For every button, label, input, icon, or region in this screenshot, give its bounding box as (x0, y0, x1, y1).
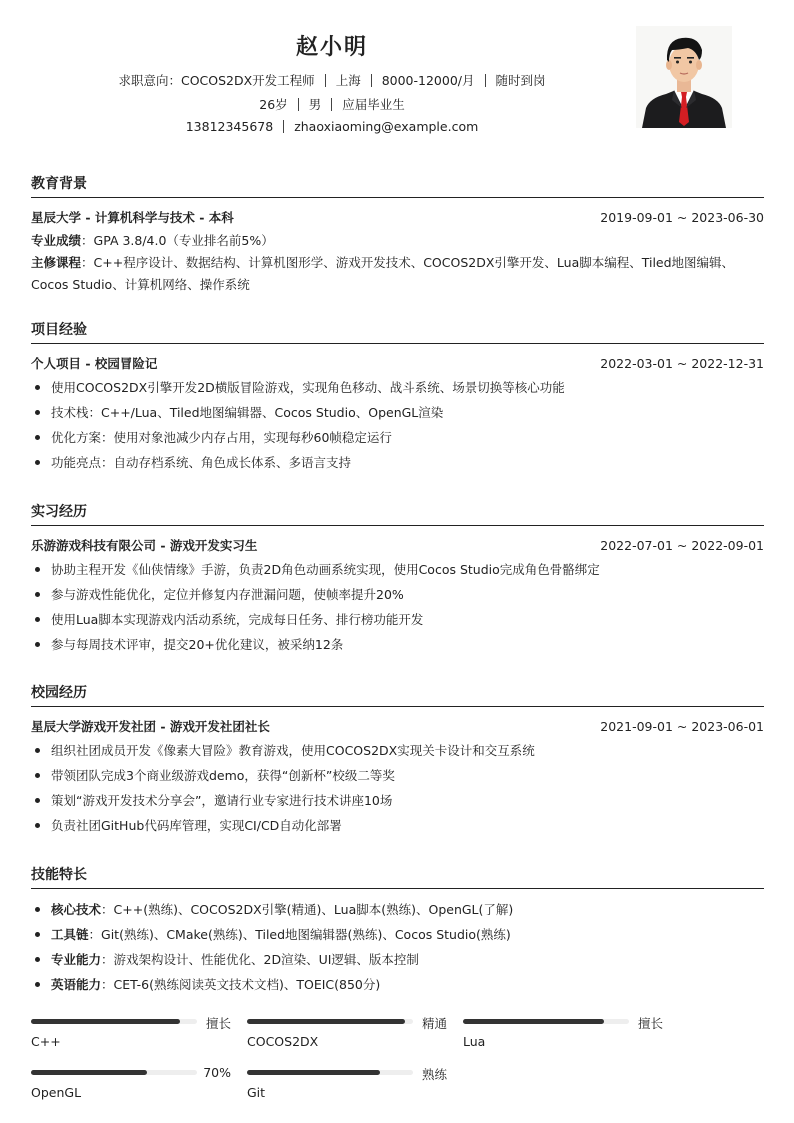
section-internship: 实习经历 乐游游戏科技有限公司 - 游戏开发实习生 2022-07-01 ~ 2… (31, 500, 764, 657)
job-intent: 求职意向：COCOS2DX开发工程师 (118, 73, 314, 88)
avatar-portrait-icon (636, 26, 732, 128)
list-item: 组织社团成员开发《像素大冒险》教育游戏，使用COCOS2DX实现关卡设计和交互系… (31, 738, 764, 763)
section-title: 校园经历 (31, 681, 764, 707)
skill-label: 专业能力 (51, 952, 101, 967)
bar-track (31, 1019, 197, 1024)
skill-label: 工具链 (51, 927, 89, 942)
separator (371, 74, 372, 87)
section-projects: 项目经验 个人项目 - 校园冒险记 2022-03-01 ~ 2022-12-3… (31, 318, 764, 475)
location: 上海 (336, 73, 361, 88)
resume-page: 赵小明 求职意向：COCOS2DX开发工程师上海8000-12000/月随时到岗… (0, 0, 794, 1123)
bullet-list: 核心技术：C++(熟练)、COCOS2DX引擎(精通)、Lua脚本(熟练)、Op… (31, 897, 764, 997)
bar-track (463, 1019, 629, 1024)
list-item: 功能亮点：自动存档系统、角色成长体系、多语言支持 (31, 450, 764, 475)
skill-name: OpenGL (31, 1085, 81, 1100)
section-education: 教育背景 星辰大学 - 计算机科学与技术 - 本科 2019-09-01 ~ 2… (31, 172, 764, 296)
bullet-list: 使用COCOS2DX引擎开发2D横版冒险游戏，实现角色移动、战斗系统、场景切换等… (31, 375, 764, 475)
courses-line-continued: Cocos Studio、计算机网络、操作系统 (31, 274, 764, 296)
entry-header: 乐游游戏科技有限公司 - 游戏开发实习生 2022-07-01 ~ 2022-0… (31, 536, 764, 554)
skill-name: C++ (31, 1034, 61, 1049)
bullet-list: 组织社团成员开发《像素大冒险》教育游戏，使用COCOS2DX实现关卡设计和交互系… (31, 738, 764, 838)
gpa-line: 专业成绩：GPA 3.8/4.0（专业排名前5%） (31, 230, 764, 252)
courses-value: ：C++程序设计、数据结构、计算机图形学、游戏开发技术、COCOS2DX引擎开发… (81, 255, 734, 270)
entry-header: 星辰大学 - 计算机科学与技术 - 本科 2019-09-01 ~ 2023-0… (31, 208, 764, 226)
skill-bar-lua: 擅长 Lua (463, 1014, 663, 1054)
skill-label: 英语能力 (51, 977, 101, 992)
skill-level: 擅长 (201, 1014, 231, 1032)
skill-level: 精通 (417, 1014, 447, 1032)
skill-bar-opengl: 70% OpenGL (31, 1065, 231, 1105)
salary: 8000-12000/月 (382, 73, 475, 88)
skill-bar-cocos2dx: 精通 COCOS2DX (247, 1014, 447, 1054)
contact-line: 13812345678zhaoxiaoming@example.com (0, 119, 664, 134)
entry-title: 乐游游戏科技有限公司 - 游戏开发实习生 (31, 536, 257, 554)
skill-value: ：Git(熟练)、CMake(熟练)、Tiled地图编辑器(熟练)、Cocos … (89, 927, 511, 942)
list-item: 专业能力：游戏架构设计、性能优化、2D渲染、UI逻辑、版本控制 (31, 947, 764, 972)
skill-bar-cpp: 擅长 C++ (31, 1014, 231, 1054)
skill-value: ：C++(熟练)、COCOS2DX引擎(精通)、Lua脚本(熟练)、OpenGL… (101, 902, 513, 917)
bar-fill (247, 1019, 405, 1024)
bar-fill (247, 1070, 380, 1075)
entry-title: 个人项目 - 校园冒险记 (31, 354, 157, 372)
status: 应届毕业生 (342, 97, 405, 112)
separator (325, 74, 326, 87)
entry-title: 星辰大学游戏开发社团 - 游戏开发社团社长 (31, 717, 270, 735)
list-item: 参与游戏性能优化，定位并修复内存泄漏问题，使帧率提升20% (31, 582, 764, 607)
entry-date: 2022-07-01 ~ 2022-09-01 (600, 538, 764, 553)
entry-date: 2019-09-01 ~ 2023-06-30 (600, 210, 764, 225)
bar-fill (31, 1019, 180, 1024)
list-item: 核心技术：C++(熟练)、COCOS2DX引擎(精通)、Lua脚本(熟练)、Op… (31, 897, 764, 922)
separator (485, 74, 486, 87)
section-title: 技能特长 (31, 863, 764, 889)
age: 26岁 (259, 97, 287, 112)
gpa-label: 专业成绩 (31, 233, 81, 248)
section-title: 实习经历 (31, 500, 764, 526)
phone[interactable]: 13812345678 (186, 119, 273, 134)
list-item: 使用Lua脚本实现游戏内活动系统，完成每日任务、排行榜功能开发 (31, 607, 764, 632)
separator (331, 98, 332, 111)
resume-header: 赵小明 求职意向：COCOS2DX开发工程师上海8000-12000/月随时到岗… (0, 0, 794, 150)
list-item: 工具链：Git(熟练)、CMake(熟练)、Tiled地图编辑器(熟练)、Coc… (31, 922, 764, 947)
separator (298, 98, 299, 111)
entry-date: 2022-03-01 ~ 2022-12-31 (600, 356, 764, 371)
entry-title: 星辰大学 - 计算机科学与技术 - 本科 (31, 208, 234, 226)
gpa-value: ：GPA 3.8/4.0（专业排名前5%） (81, 233, 274, 248)
skill-level: 熟练 (417, 1065, 447, 1083)
bullet-list: 协助主程开发《仙侠情缘》手游，负责2D角色动画系统实现，使用Cocos Stud… (31, 557, 764, 657)
bar-fill (463, 1019, 604, 1024)
list-item: 英语能力：CET-6(熟练阅读英文技术文档)、TOEIC(850分) (31, 972, 764, 997)
separator (283, 120, 284, 133)
personal-info-line: 26岁男应届毕业生 (0, 95, 664, 113)
entry-header: 个人项目 - 校园冒险记 2022-03-01 ~ 2022-12-31 (31, 354, 764, 372)
candidate-name: 赵小明 (0, 30, 664, 61)
entry-date: 2021-09-01 ~ 2023-06-01 (600, 719, 764, 734)
skill-level: 70% (201, 1065, 231, 1080)
section-title: 教育背景 (31, 172, 764, 198)
skill-value: ：CET-6(熟练阅读英文技术文档)、TOEIC(850分) (101, 977, 380, 992)
bar-track (31, 1070, 197, 1075)
gender: 男 (309, 97, 322, 112)
skill-value: ：游戏架构设计、性能优化、2D渲染、UI逻辑、版本控制 (101, 952, 419, 967)
availability: 随时到岗 (496, 73, 546, 88)
bar-track (247, 1019, 413, 1024)
courses-label: 主修课程 (31, 255, 81, 270)
skill-name: Lua (463, 1034, 485, 1049)
list-item: 优化方案：使用对象池减少内存占用，实现每秒60帧稳定运行 (31, 425, 764, 450)
section-title: 项目经验 (31, 318, 764, 344)
skill-label: 核心技术 (51, 902, 101, 917)
list-item: 策划“游戏开发技术分享会”，邀请行业专家进行技术讲座10场 (31, 788, 764, 813)
job-intent-line: 求职意向：COCOS2DX开发工程师上海8000-12000/月随时到岗 (0, 71, 664, 89)
bar-track (247, 1070, 413, 1075)
skill-bar-git: 熟练 Git (247, 1065, 447, 1105)
section-campus: 校园经历 星辰大学游戏开发社团 - 游戏开发社团社长 2021-09-01 ~ … (31, 681, 764, 838)
avatar (636, 26, 732, 128)
list-item: 技术栈：C++/Lua、Tiled地图编辑器、Cocos Studio、Open… (31, 400, 764, 425)
list-item: 参与每周技术评审，提交20+优化建议，被采纳12条 (31, 632, 764, 657)
email[interactable]: zhaoxiaoming@example.com (294, 119, 478, 134)
skill-bars: 擅长 C++ 精通 COCOS2DX 擅长 Lua 70% OpenGL 熟练 … (31, 1014, 764, 1114)
entry-header: 星辰大学游戏开发社团 - 游戏开发社团社长 2021-09-01 ~ 2023-… (31, 717, 764, 735)
skill-name: Git (247, 1085, 265, 1100)
bar-fill (31, 1070, 147, 1075)
list-item: 协助主程开发《仙侠情缘》手游，负责2D角色动画系统实现，使用Cocos Stud… (31, 557, 764, 582)
courses-line: 主修课程：C++程序设计、数据结构、计算机图形学、游戏开发技术、COCOS2DX… (31, 252, 764, 274)
section-skills: 技能特长 核心技术：C++(熟练)、COCOS2DX引擎(精通)、Lua脚本(熟… (31, 863, 764, 997)
list-item: 使用COCOS2DX引擎开发2D横版冒险游戏，实现角色移动、战斗系统、场景切换等… (31, 375, 764, 400)
list-item: 带领团队完成3个商业级游戏demo，获得“创新杯”校级二等奖 (31, 763, 764, 788)
list-item: 负责社团GitHub代码库管理，实现CI/CD自动化部署 (31, 813, 764, 838)
skill-level: 擅长 (633, 1014, 663, 1032)
skill-name: COCOS2DX (247, 1034, 318, 1049)
